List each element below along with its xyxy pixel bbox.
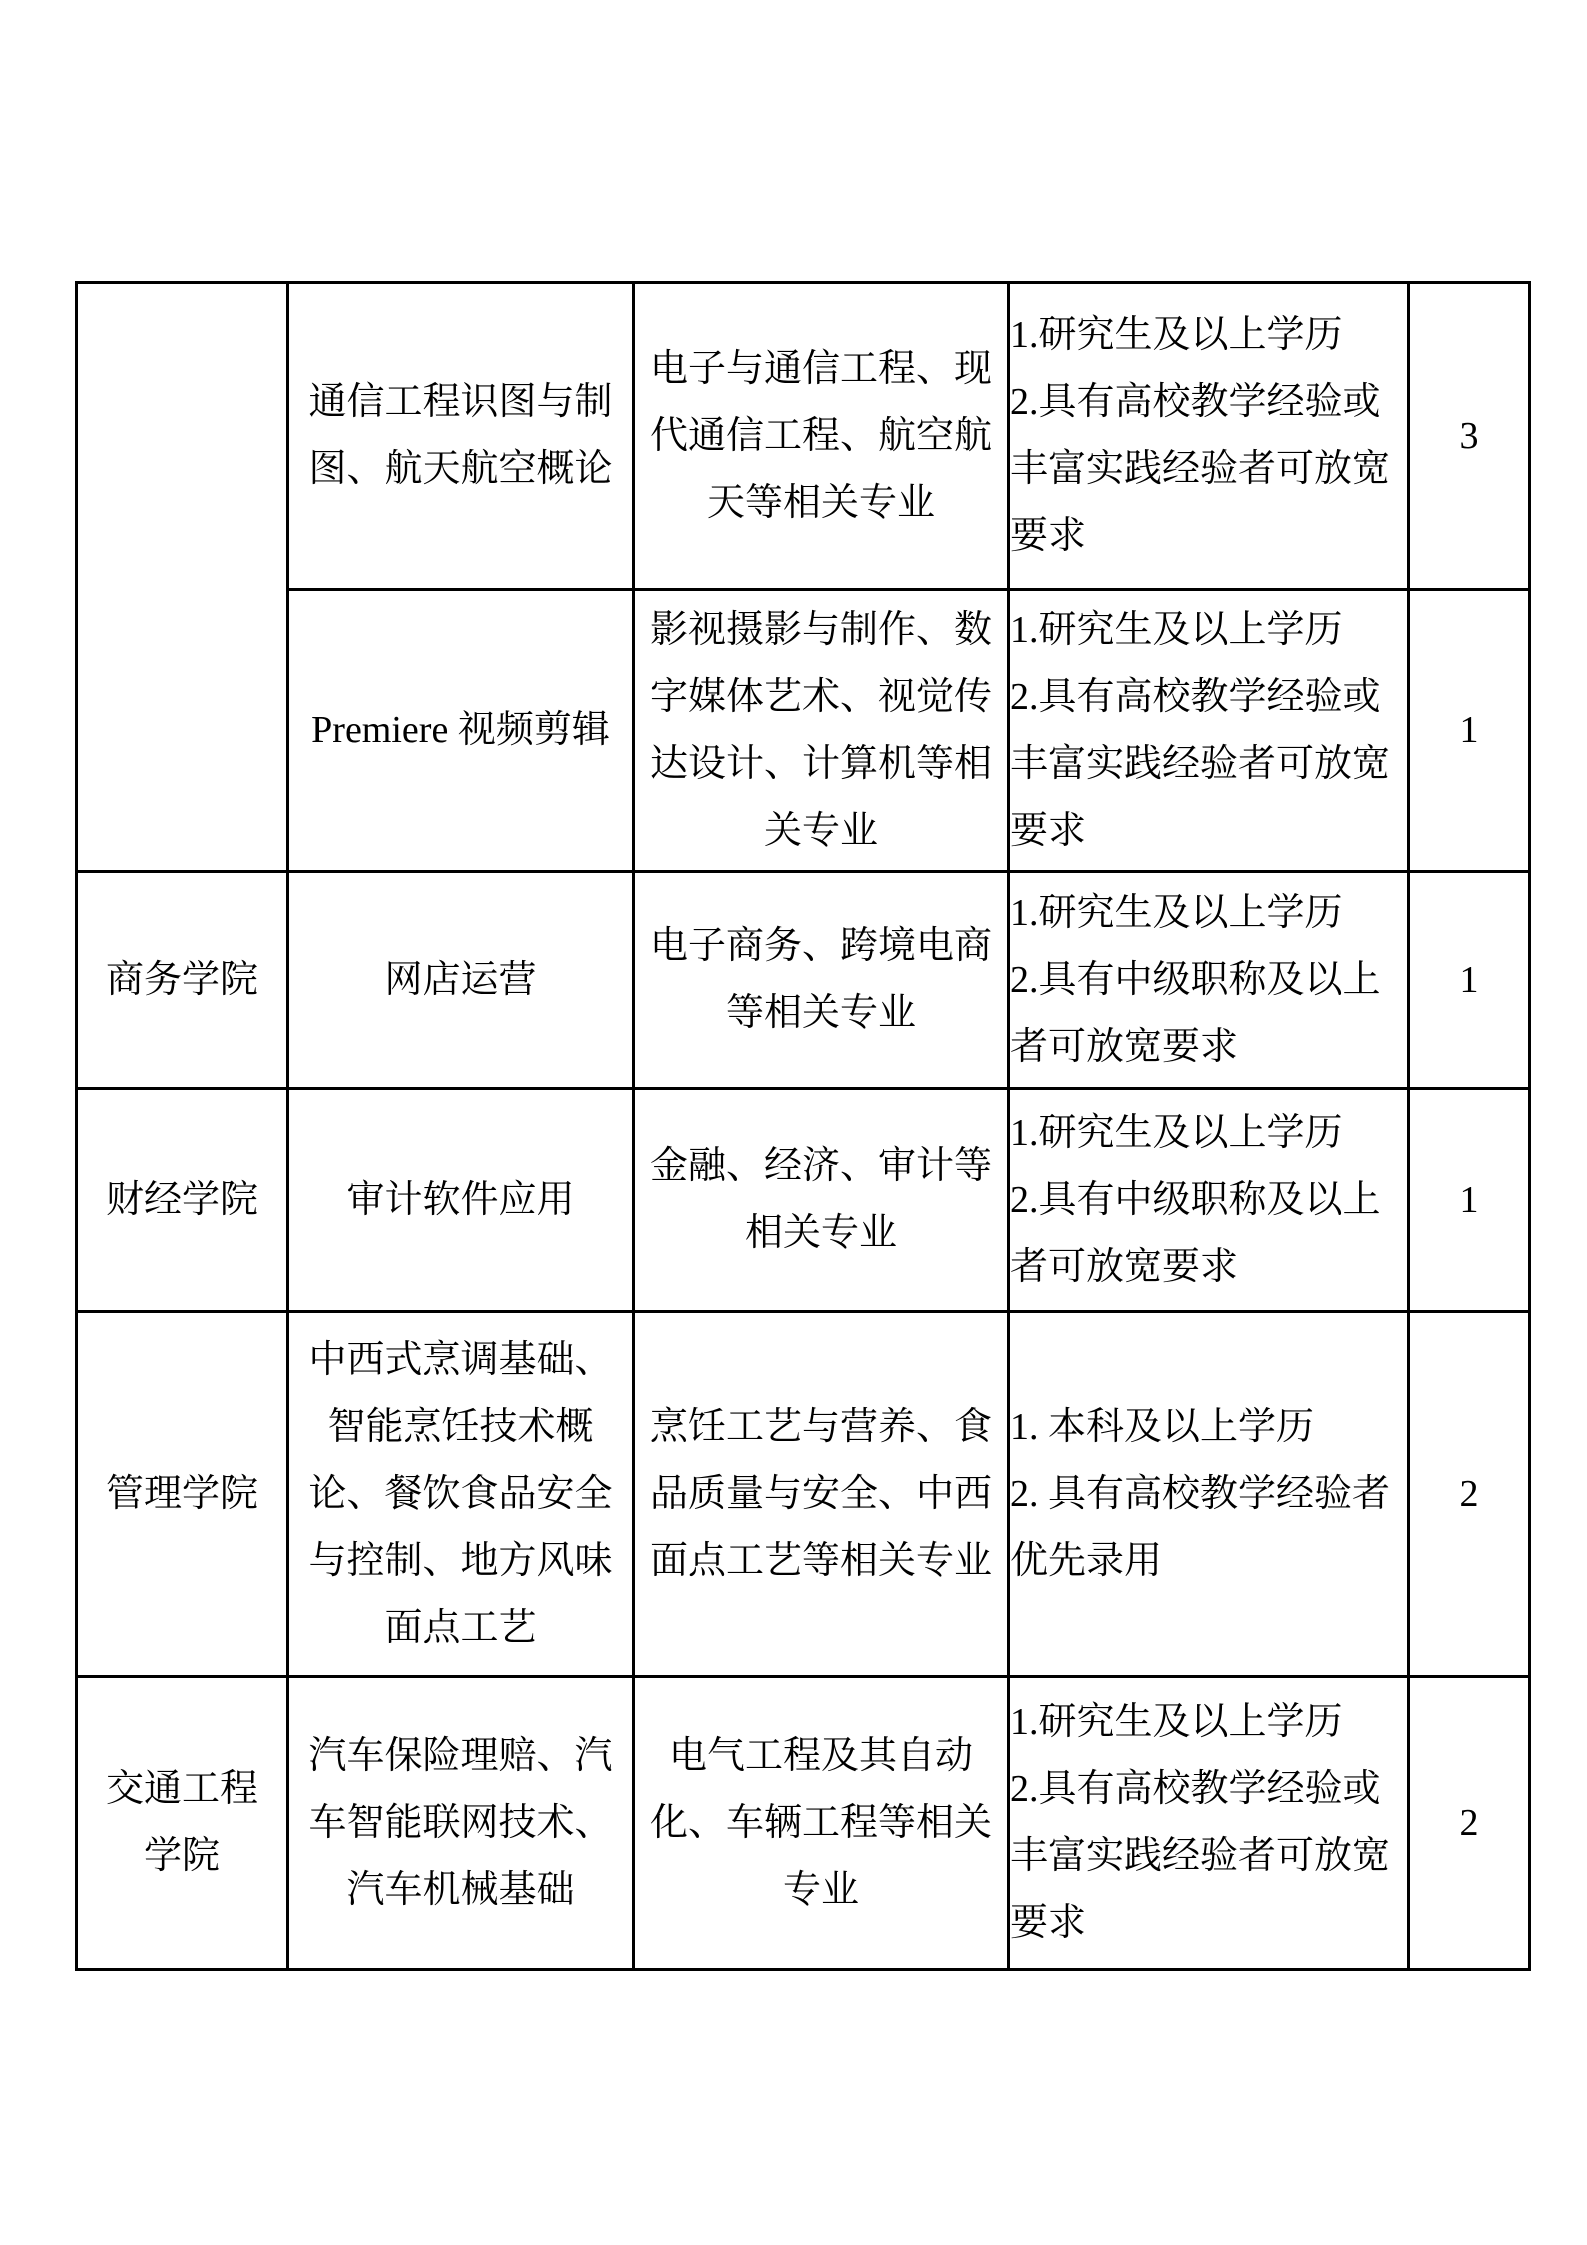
cell-course-row6: 汽车保险理赔、汽 车智能联网技术、 汽车机械基础: [288, 1677, 634, 1970]
cell-requirements-row5: 1. 本科及以上学历 2. 具有高校教学经验者 优先录用: [1009, 1312, 1409, 1677]
cell-count-row5: 2: [1409, 1312, 1530, 1677]
cell-count-row1: 3: [1409, 283, 1530, 590]
cell-requirements-row2: 1.研究生及以上学历 2.具有高校教学经验或 丰富实践经验者可放宽 要求: [1009, 590, 1409, 872]
cell-requirements-row1: 1.研究生及以上学历 2.具有高校教学经验或 丰富实践经验者可放宽 要求: [1009, 283, 1409, 590]
cell-major-row3: 电子商务、跨境电商 等相关专业: [634, 872, 1009, 1089]
cell-department-row4: 财经学院: [77, 1089, 288, 1312]
cell-major-row1: 电子与通信工程、现 代通信工程、航空航 天等相关专业: [634, 283, 1009, 590]
cell-course-row4: 审计软件应用: [288, 1089, 634, 1312]
cell-major-row5: 烹饪工艺与营养、食 品质量与安全、中西 面点工艺等相关专业: [634, 1312, 1009, 1677]
cell-count-row2: 1: [1409, 590, 1530, 872]
cell-department-row5: 管理学院: [77, 1312, 288, 1677]
table-row-2: Premiere 视频剪辑 影视摄影与制作、数 字媒体艺术、视觉传 达设计、计算…: [77, 590, 1530, 872]
table-row-4: 财经学院 审计软件应用 金融、经济、审计等 相关专业 1.研究生及以上学历 2.…: [77, 1089, 1530, 1312]
cell-department-row3: 商务学院: [77, 872, 288, 1089]
recruitment-table: 通信工程识图与制 图、航天航空概论 电子与通信工程、现 代通信工程、航空航 天等…: [75, 281, 1531, 1971]
cell-department-row6: 交通工程 学院: [77, 1677, 288, 1970]
cell-major-row2: 影视摄影与制作、数 字媒体艺术、视觉传 达设计、计算机等相 关专业: [634, 590, 1009, 872]
cell-count-row3: 1: [1409, 872, 1530, 1089]
cell-requirements-row4: 1.研究生及以上学历 2.具有中级职称及以上 者可放宽要求: [1009, 1089, 1409, 1312]
cell-major-row6: 电气工程及其自动 化、车辆工程等相关 专业: [634, 1677, 1009, 1970]
cell-requirements-row6: 1.研究生及以上学历 2.具有高校教学经验或 丰富实践经验者可放宽 要求: [1009, 1677, 1409, 1970]
cell-course-row1: 通信工程识图与制 图、航天航空概论: [288, 283, 634, 590]
cell-count-row4: 1: [1409, 1089, 1530, 1312]
cell-count-row6: 2: [1409, 1677, 1530, 1970]
cell-course-row5: 中西式烹调基础、 智能烹饪技术概 论、餐饮食品安全 与控制、地方风味 面点工艺: [288, 1312, 634, 1677]
cell-course-row2: Premiere 视频剪辑: [288, 590, 634, 872]
cell-department-merged-empty: [77, 283, 288, 872]
table-row-3: 商务学院 网店运营 电子商务、跨境电商 等相关专业 1.研究生及以上学历 2.具…: [77, 872, 1530, 1089]
table-row-1: 通信工程识图与制 图、航天航空概论 电子与通信工程、现 代通信工程、航空航 天等…: [77, 283, 1530, 590]
cell-requirements-row3: 1.研究生及以上学历 2.具有中级职称及以上 者可放宽要求: [1009, 872, 1409, 1089]
cell-course-row3: 网店运营: [288, 872, 634, 1089]
document-page: 通信工程识图与制 图、航天航空概论 电子与通信工程、现 代通信工程、航空航 天等…: [0, 0, 1587, 2245]
table-row-5: 管理学院 中西式烹调基础、 智能烹饪技术概 论、餐饮食品安全 与控制、地方风味 …: [77, 1312, 1530, 1677]
table-row-6: 交通工程 学院 汽车保险理赔、汽 车智能联网技术、 汽车机械基础 电气工程及其自…: [77, 1677, 1530, 1970]
cell-major-row4: 金融、经济、审计等 相关专业: [634, 1089, 1009, 1312]
